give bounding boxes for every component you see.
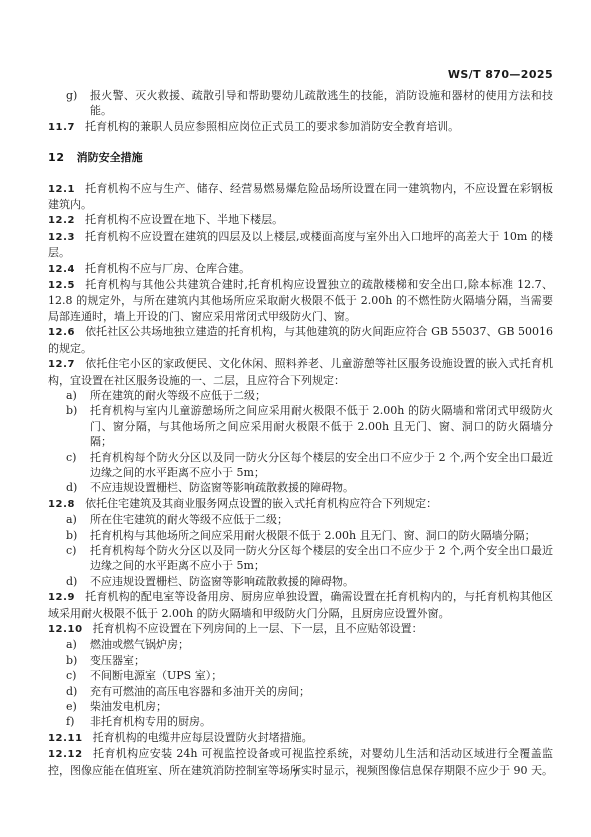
clause-text: 托育机构不应设置在下列房间的上一层、下一层，且不应贴邻设置： — [93, 622, 423, 635]
clause-number: 12.6 — [48, 327, 75, 338]
list-item-label: f) — [66, 714, 74, 729]
list-item-text: 托育机构每个防火分区以及同一防火分区每个楼层的安全出口不应少于 2 个,两个安全… — [90, 544, 553, 572]
clause-12-11: 12.11托育机构的电缆井应每层设置防火封堵措施。 — [48, 730, 553, 746]
list-item-g: g)报火警、灭火救援、疏散引导和帮助婴幼儿疏散逃生的技能，消防设施和器材的使用方… — [48, 88, 553, 119]
clause-number: 12.2 — [48, 215, 75, 226]
list-item-label: b) — [66, 528, 77, 543]
clause-12-10: 12.10托育机构不应设置在下列房间的上一层、下一层，且不应贴邻设置： — [48, 621, 553, 637]
list-item-text: 充有可燃油的高压电容器和多油开关的房间； — [90, 685, 310, 698]
clause-number: 12.4 — [48, 264, 75, 275]
list-item-text: 不应违规设置栅栏、防盗窗等影响疏散救援的障碍物。 — [90, 575, 354, 588]
list-item-text: 所在住宅建筑的耐火等级不应低于二级； — [90, 513, 288, 526]
clause-12-7: 12.7依托住宅小区的家政便民、文化休闲、照料养老、儿童游憩等社区服务设施设置的… — [48, 356, 553, 388]
clause-number: 12.8 — [48, 499, 75, 510]
list-item-label: a) — [66, 512, 77, 527]
clause-text: 托育机构的电缆井应每层设置防火封堵措施。 — [93, 731, 313, 744]
clause-12-6: 12.6依托社区公共场地独立建造的托育机构，与其他建筑的防火间距应符合 GB 5… — [48, 324, 553, 356]
clause-12-1: 12.1托育机构不应与生产、储存、经营易燃易爆危险品场所设置在同一建筑物内，不应… — [48, 181, 553, 213]
list-item-label: b) — [66, 653, 77, 668]
list-item-text: 变压器室； — [90, 654, 145, 667]
clause-12-2: 12.2托育机构不应设置在地下、半地下楼层。 — [48, 212, 553, 228]
list-item-text: 燃油或燃气锅炉房； — [90, 638, 189, 651]
clause-number: 12.7 — [48, 359, 75, 370]
clause-text: 托育机构不应设置在地下、半地下楼层。 — [85, 213, 283, 226]
list-item: a)所在住宅建筑的耐火等级不应低于二级； — [48, 512, 553, 527]
list-item: f)非托育机构专用的厨房。 — [48, 714, 553, 729]
list-item: d)不应违规设置栅栏、防盗窗等影响疏散救援的障碍物。 — [48, 574, 553, 589]
section-heading: 12消防安全措施 — [48, 150, 553, 165]
clause-text: 托育机构的配电室等设备用房、厨房应单独设置，确需设置在托育机构内的，与托育机构其… — [48, 590, 553, 619]
list-item-text: 托育机构每个防火分区以及同一防火分区每个楼层的安全出口不应少于 2 个,两个安全… — [90, 451, 553, 479]
list-item: b)托育机构与室内儿童游憩场所之间应采用耐火极限不低于 2.00h 的防火隔墙和… — [48, 403, 553, 449]
list-item-text: 托育机构与其他场所之间应采用耐火极限不低于 2.00h 且无门、窗、洞口的防火隔… — [90, 529, 536, 542]
list-item-text: 托育机构与室内儿童游憩场所之间应采用耐火极限不低于 2.00h 的防火隔墙和常闭… — [90, 404, 553, 448]
list-item-text: 非托育机构专用的厨房。 — [90, 715, 211, 728]
page-header: WS/T 870—2025 — [48, 68, 553, 81]
list-item: a)所在建筑的耐火等级不应低于二级； — [48, 388, 553, 403]
clause-number: 12.9 — [48, 592, 75, 603]
clause-number: 11.7 — [48, 122, 75, 133]
list-item-text: 报火警、灭火救援、疏散引导和帮助婴幼儿疏散逃生的技能，消防设施和器材的使用方法和… — [90, 89, 553, 117]
clause-number: 12.1 — [48, 184, 75, 195]
page-content: g)报火警、灭火救援、疏散引导和帮助婴幼儿疏散逃生的技能，消防设施和器材的使用方… — [48, 88, 553, 778]
list-item: a)燃油或燃气锅炉房； — [48, 637, 553, 652]
list-item-label: d) — [66, 480, 77, 495]
clause-text: 托育机构不应设置在建筑的四层及以上楼层,或楼面高度与室外出入口地坪的高差大于 1… — [48, 230, 553, 259]
clause-12-4: 12.4托育机构不应与厂房、仓库合建。 — [48, 261, 553, 277]
clause-number: 12.10 — [48, 624, 83, 635]
clause-number: 12.12 — [48, 749, 83, 760]
clause-text: 依托住宅小区的家政便民、文化休闲、照料养老、儿童游憩等社区服务设施设置的嵌入式托… — [48, 357, 553, 386]
clause-12-3: 12.3托育机构不应设置在建筑的四层及以上楼层,或楼面高度与室外出入口地坪的高差… — [48, 229, 553, 261]
list-item-text: 不间断电源室（UPS 室）； — [90, 669, 222, 682]
list-item: c)托育机构每个防火分区以及同一防火分区每个楼层的安全出口不应少于 2 个,两个… — [48, 450, 553, 481]
list-item-label: d) — [66, 574, 77, 589]
list-item-text: 所在建筑的耐火等级不应低于二级； — [90, 389, 266, 402]
clause-text: 依托社区公共场地独立建造的托育机构，与其他建筑的防火间距应符合 GB 55037… — [48, 325, 553, 354]
clause-text: 托育机构不应与生产、储存、经营易燃易爆危险品场所设置在同一建筑物内，不应设置在彩… — [48, 182, 553, 211]
list-item: d)充有可燃油的高压电容器和多油开关的房间； — [48, 684, 553, 699]
clause-text: 托育机构不应与厂房、仓库合建。 — [85, 262, 250, 275]
page-number: 7 — [0, 768, 591, 780]
list-item: d)不应违规设置栅栏、防盗窗等影响疏散救援的障碍物。 — [48, 480, 553, 495]
standard-code: WS/T 870—2025 — [448, 68, 553, 81]
clause-12-8: 12.8依托住宅建筑及其商业服务网点设置的嵌入式托育机构应符合下列规定： — [48, 496, 553, 512]
list-item-label: a) — [66, 388, 77, 403]
clause-number: 12.11 — [48, 733, 83, 744]
list-item-label: c) — [66, 668, 76, 683]
clause-number: 12.5 — [48, 280, 75, 291]
list-item-label: c) — [66, 450, 76, 465]
document-page: WS/T 870—2025 g)报火警、灭火救援、疏散引导和帮助婴幼儿疏散逃生的… — [0, 0, 591, 837]
clause-number: 12.3 — [48, 232, 75, 243]
clause-12-9: 12.9托育机构的配电室等设备用房、厨房应单独设置，确需设置在托育机构内的，与托… — [48, 589, 553, 621]
clause-text: 托育机构的兼职人员应参照相应岗位正式员工的要求参加消防安全教育培训。 — [85, 120, 459, 133]
list-item-label: a) — [66, 637, 77, 652]
section-number: 12 — [48, 151, 65, 164]
list-item: c)托育机构每个防火分区以及同一防火分区每个楼层的安全出口不应少于 2 个,两个… — [48, 543, 553, 574]
list-item: c)不间断电源室（UPS 室）； — [48, 668, 553, 683]
list-item: b)变压器室； — [48, 653, 553, 668]
clause-11-7: 11.7托育机构的兼职人员应参照相应岗位正式员工的要求参加消防安全教育培训。 — [48, 119, 553, 135]
clause-12-5: 12.5托育机构与其他公共建筑合建时,托育机构应设置独立的疏散楼梯和安全出口,除… — [48, 277, 553, 324]
clause-text: 依托住宅建筑及其商业服务网点设置的嵌入式托育机构应符合下列规定： — [85, 497, 437, 510]
section-title: 消防安全措施 — [77, 151, 143, 164]
list-item: e)柴油发电机房； — [48, 699, 553, 714]
list-item-label: e) — [66, 699, 77, 714]
list-item-label: g) — [66, 88, 77, 103]
list-item-text: 不应违规设置栅栏、防盗窗等影响疏散救援的障碍物。 — [90, 481, 354, 494]
list-item-label: b) — [66, 403, 77, 418]
list-item-label: d) — [66, 684, 77, 699]
list-item-text: 柴油发电机房； — [90, 700, 167, 713]
clause-text: 托育机构与其他公共建筑合建时,托育机构应设置独立的疏散楼梯和安全出口,除本标准 … — [48, 278, 553, 323]
list-item-label: c) — [66, 543, 76, 558]
list-item: b)托育机构与其他场所之间应采用耐火极限不低于 2.00h 且无门、窗、洞口的防… — [48, 528, 553, 543]
